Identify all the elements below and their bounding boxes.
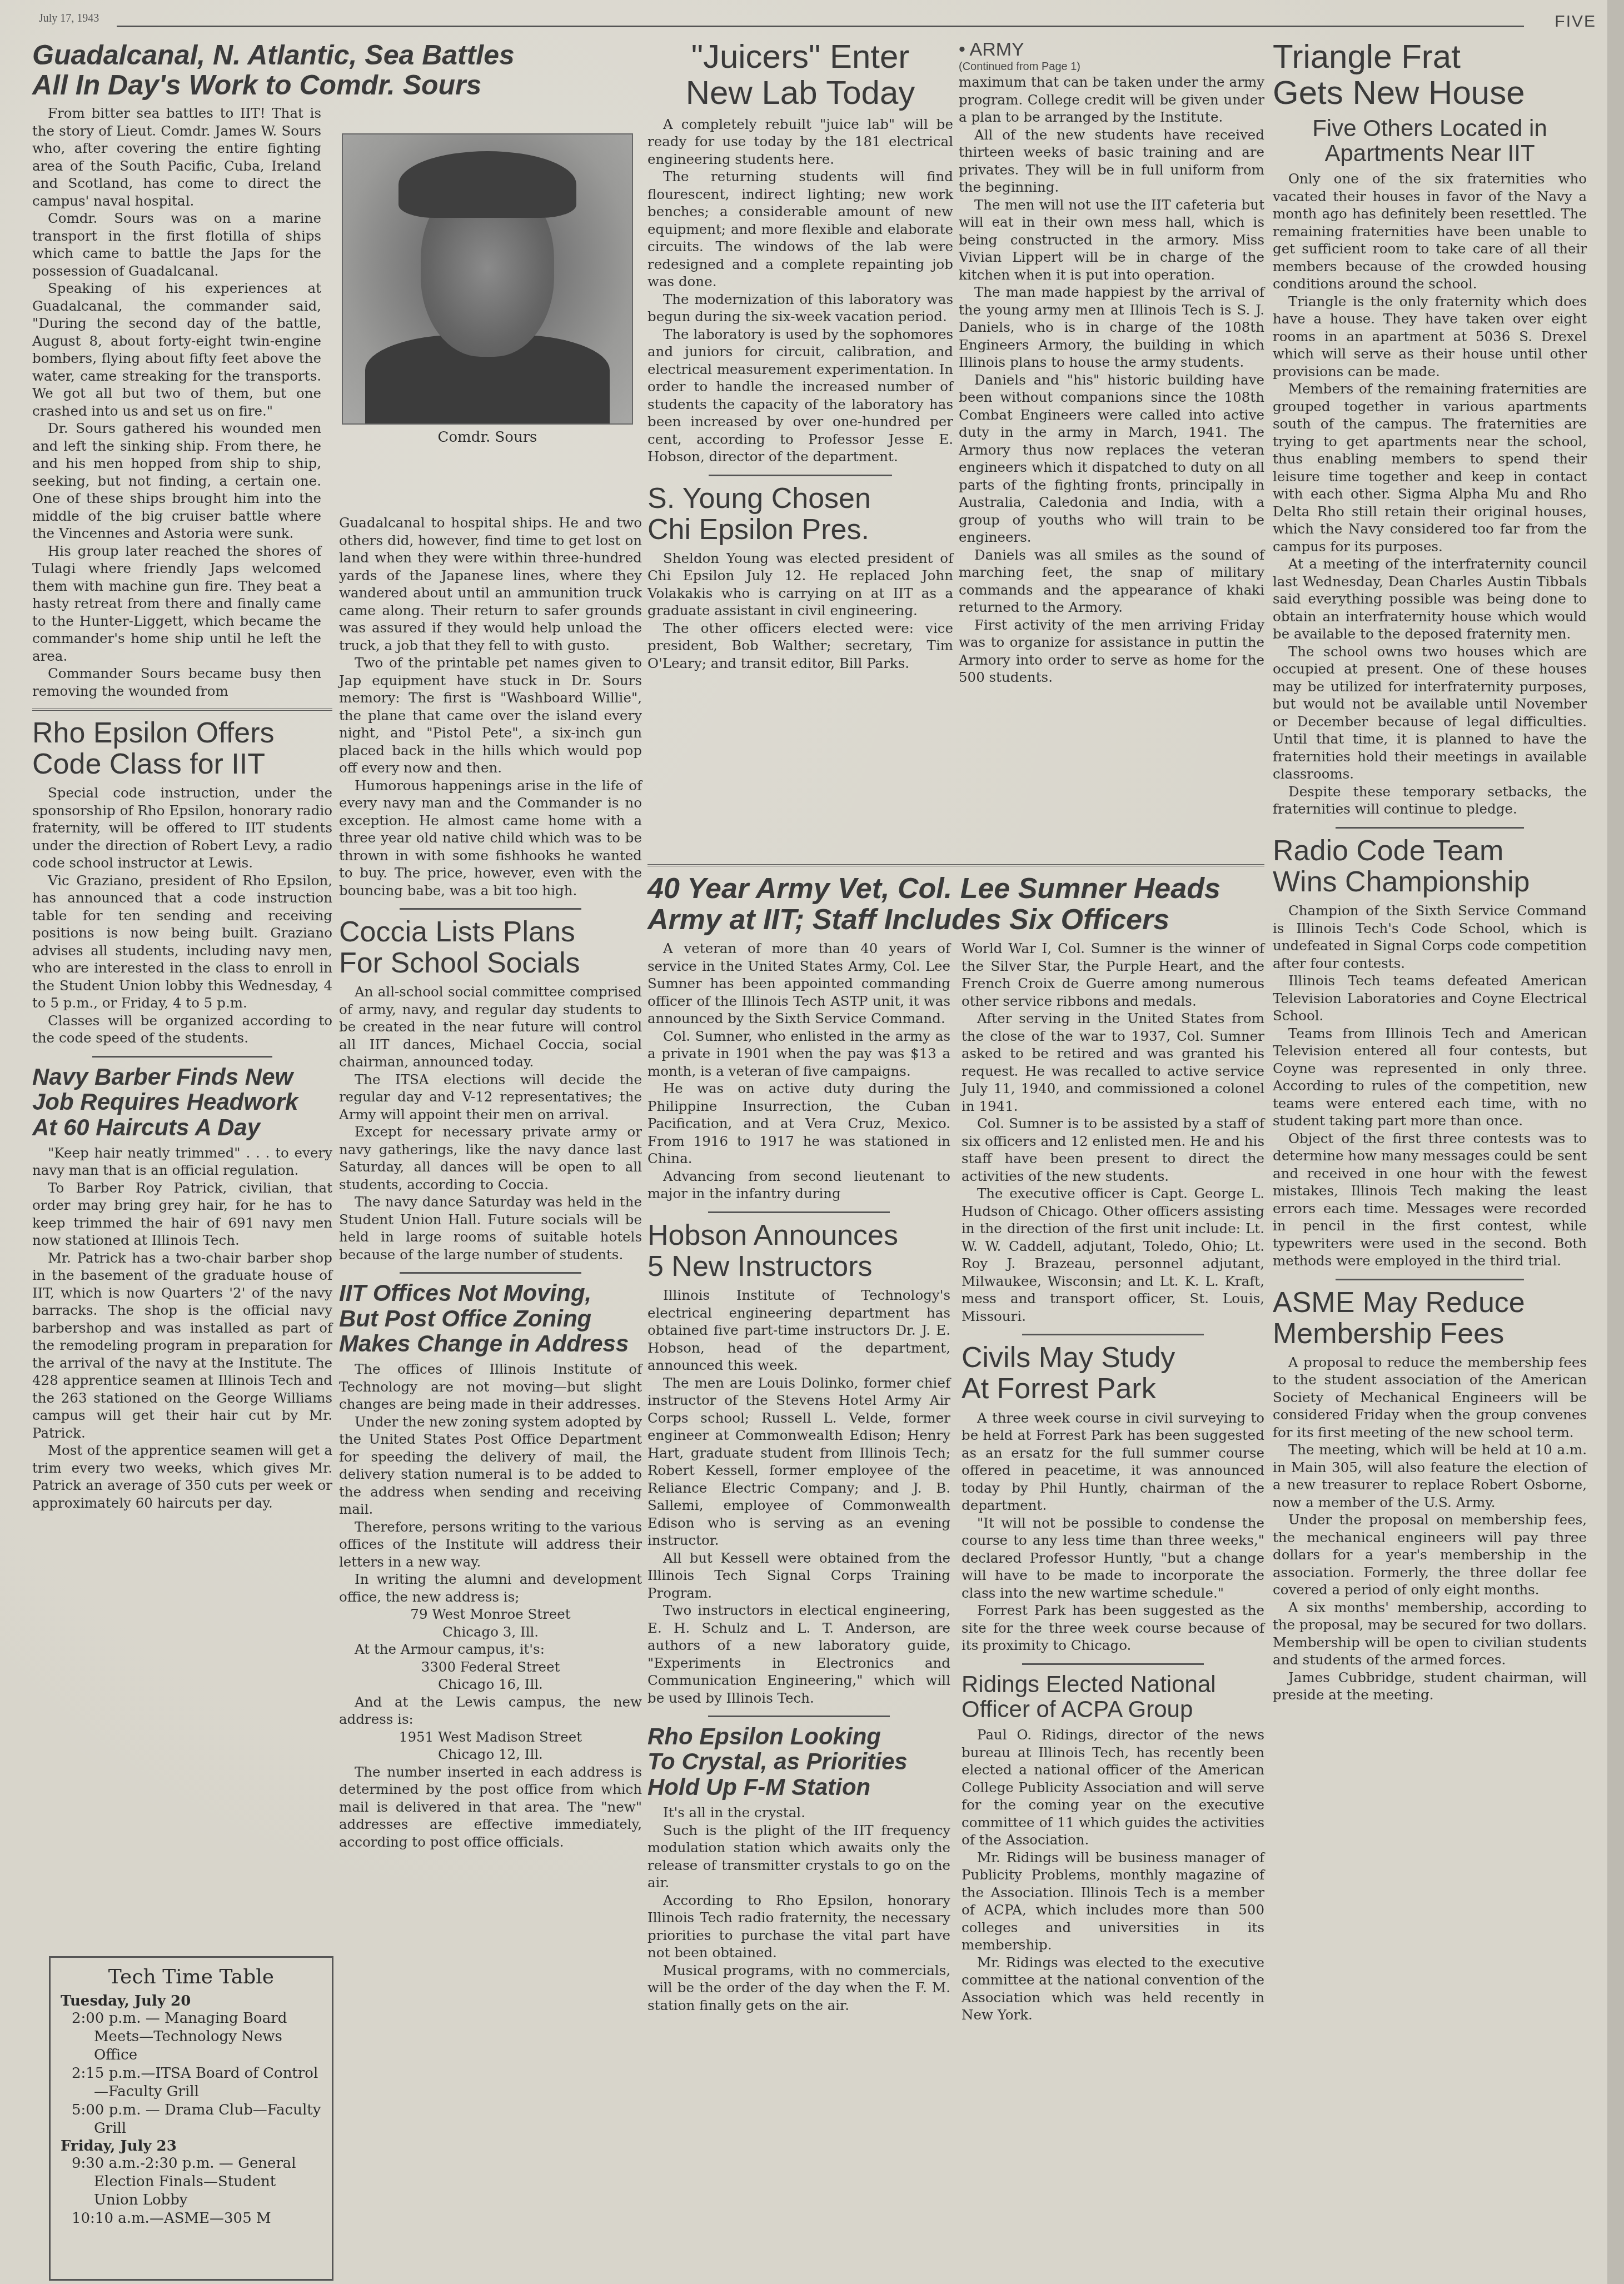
address-line: 1951 West Madison Street xyxy=(339,1728,642,1746)
paragraph: Under the new zoning system adopted by t… xyxy=(339,1413,642,1518)
headline-line: At 60 Haircuts A Day xyxy=(32,1115,332,1140)
paragraph: Teams from Illinois Tech and American Te… xyxy=(1273,1025,1587,1130)
paragraph: The modernization of this laboratory was… xyxy=(647,291,953,326)
timetable-title: Tech Time Table xyxy=(61,1966,322,1988)
paragraph: Musical programs, with no commercials, w… xyxy=(647,1962,950,2014)
headline-line: S. Young Chosen xyxy=(647,483,953,514)
jump-head: • ARMY xyxy=(959,39,1264,61)
paragraph: Only one of the six fraternities who vac… xyxy=(1273,170,1587,293)
paragraph: He was on active duty during the Philipp… xyxy=(647,1080,950,1168)
paragraph: Mr. Patrick has a two-chair barber shop … xyxy=(32,1249,332,1442)
headline-line: At Forrest Park xyxy=(962,1373,1264,1404)
paragraph: Commander Sours became busy then removin… xyxy=(32,665,321,700)
headline: 40 Year Army Vet, Col. Lee Sumner Heads … xyxy=(647,873,1264,935)
divider xyxy=(1022,1663,1204,1665)
headline-line: Navy Barber Finds New xyxy=(32,1064,332,1089)
timetable-event: 2:15 p.m.—ITSA Board of Control—Faculty … xyxy=(61,2064,322,2101)
paragraph: The meeting, which will be held at 10 a.… xyxy=(1273,1441,1587,1511)
paragraph: Object of the first three contests was t… xyxy=(1273,1130,1587,1270)
paragraph: Special code instruction, under the spon… xyxy=(32,784,332,872)
paragraph: A completely rebuilt "juice lab" will be… xyxy=(647,116,953,168)
headline-line: Radio Code Team xyxy=(1273,835,1587,866)
divider xyxy=(32,709,332,711)
paragraph: At a meeting of the interfraternity coun… xyxy=(1273,555,1587,643)
paragraph: Most of the apprentice seamen will get a… xyxy=(32,1442,332,1512)
headline: Coccia Lists Plans For School Socials xyxy=(339,916,642,979)
paragraph: A six months' membership, according to t… xyxy=(1273,1599,1587,1669)
article-barber: Navy Barber Finds New Job Requires Headw… xyxy=(32,1064,332,1512)
folio-rule xyxy=(117,26,1524,27)
paragraph: The other officers elected were: vice pr… xyxy=(647,620,953,672)
headline-line: Army at IIT; Staff Includes Six Officers xyxy=(647,904,1264,935)
headline-line: 40 Year Army Vet, Col. Lee Sumner Heads xyxy=(647,873,1264,904)
paragraph: From bitter sea battles to IIT! That is … xyxy=(32,104,321,210)
headline: Ridings Elected National Officer of ACPA… xyxy=(962,1672,1264,1722)
paragraph: Mr. Ridings will be business manager of … xyxy=(962,1849,1264,1954)
divider xyxy=(708,1716,890,1717)
paragraph: Vic Graziano, president of Rho Epsilon, … xyxy=(32,872,332,1012)
headline-line: Triangle Frat xyxy=(1273,39,1587,75)
article-rho-code: Rho Epsilon Offers Code Class for IIT Sp… xyxy=(32,717,332,1047)
headline-line: "Juicers" Enter xyxy=(647,39,953,75)
headline: Hobson Announces 5 New Instructors xyxy=(647,1220,950,1282)
paragraph: Two of the printable pet names given to … xyxy=(339,654,642,777)
subheadline-line: Apartments Near IIT xyxy=(1273,141,1587,166)
paragraph: To Barber Roy Patrick, civilian, that or… xyxy=(32,1179,332,1249)
headline-line: Rho Epsilon Looking xyxy=(647,1724,950,1749)
address-line: Chicago 12, Ill. xyxy=(339,1746,642,1763)
paragraph: It's all in the crystal. xyxy=(647,1804,950,1822)
paragraph: Paul O. Ridings, director of the news bu… xyxy=(962,1726,1264,1849)
paragraph: Mr. Ridings was elected to the executive… xyxy=(962,1954,1264,2024)
headline: Civils May Study At Forrest Park xyxy=(962,1342,1264,1404)
paragraph: Daniels and "his" historic building have… xyxy=(959,371,1264,546)
paragraph: The offices of Illinois Institute of Tec… xyxy=(339,1360,642,1413)
headline-line: ASME May Reduce xyxy=(1273,1287,1587,1318)
article-sours: Guadalcanal, N. Atlantic, Sea Battles Al… xyxy=(32,40,638,100)
article-young: S. Young Chosen Chi Epsilon Pres. Sheldo… xyxy=(647,483,953,672)
paragraph: The executive officer is Capt. George L.… xyxy=(962,1185,1264,1325)
divider xyxy=(1336,827,1524,829)
article-sours-body: From bitter sea battles to IIT! That is … xyxy=(32,104,321,700)
paragraph: Two instructors in electical engineering… xyxy=(647,1602,950,1707)
divider xyxy=(647,864,1264,866)
paragraph: The returning students will find floures… xyxy=(647,168,953,291)
paragraph: "Keep hair neatly trimmed" . . . to ever… xyxy=(32,1144,332,1179)
paragraph: Daniels was all smiles as the sound of m… xyxy=(959,546,1264,616)
paragraph: Humorous happenings arise in the life of… xyxy=(339,777,642,900)
paragraph: The number inserted in each address is d… xyxy=(339,1763,642,1851)
headline: S. Young Chosen Chi Epsilon Pres. xyxy=(647,483,953,545)
timetable-day: Friday, July 23 xyxy=(61,2138,322,2155)
paragraph: An all-school social committee comprised… xyxy=(339,983,642,1071)
paragraph: First activity of the men arriving Frida… xyxy=(959,616,1264,686)
paragraph: World War I, Col. Sumner is the winner o… xyxy=(962,940,1264,1010)
paragraph: Therefore, persons writing to the variou… xyxy=(339,1518,642,1571)
article-coccia: Coccia Lists Plans For School Socials An… xyxy=(339,916,642,1263)
paragraph: maximum that can be taken under the army… xyxy=(959,73,1264,126)
paragraph: Champion of the Sixth Service Command is… xyxy=(1273,902,1587,972)
headline-line: Civils May Study xyxy=(962,1342,1264,1373)
paragraph: The ITSA elections will decide the regul… xyxy=(339,1071,642,1124)
headline: IIT Offices Not Moving, But Post Office … xyxy=(339,1280,642,1356)
paragraph: Advancing from second lieutenant to majo… xyxy=(647,1168,950,1203)
headline-line: Code Class for IIT xyxy=(32,749,332,780)
headline-line: New Lab Today xyxy=(647,75,953,111)
column-3: "Juicers" Enter New Lab Today A complete… xyxy=(647,39,953,672)
headline-line: To Crystal, as Priorities xyxy=(647,1749,950,1774)
headline: Navy Barber Finds New Job Requires Headw… xyxy=(32,1064,332,1140)
paragraph: "It will not be possible to condense the… xyxy=(962,1514,1264,1602)
headline-line: 5 New Instructors xyxy=(647,1251,950,1282)
headline: Radio Code Team Wins Championship xyxy=(1273,835,1587,897)
paragraph: All of the new students have received th… xyxy=(959,126,1264,196)
portrait-photo: Comdr. Sours xyxy=(342,133,633,425)
paragraph: Except for necessary private army or nav… xyxy=(339,1123,642,1193)
page-edge xyxy=(1607,0,1624,2284)
paragraph: James Cubbridge, student chairman, will … xyxy=(1273,1669,1587,1704)
headline-line: Job Requires Headwork xyxy=(32,1089,332,1114)
article-army-continued: • ARMY (Continued from Page 1) maximum t… xyxy=(959,39,1264,686)
paragraph: At the Armour campus, it's: xyxy=(339,1640,642,1658)
paragraph: Members of the remaining fraternities ar… xyxy=(1273,380,1587,555)
paragraph: Forrest Park has been suggested as the s… xyxy=(962,1602,1264,1654)
paragraph: Sheldon Young was elected president of C… xyxy=(647,550,953,620)
paragraph: The man made happiest by the arrival of … xyxy=(959,283,1264,371)
headline-line: For School Socials xyxy=(339,947,642,979)
headline: "Juicers" Enter New Lab Today xyxy=(647,39,953,111)
subheadline-line: Five Others Located in xyxy=(1273,116,1587,141)
paragraph: Classes will be organized according to t… xyxy=(32,1012,332,1047)
paragraph: And at the Lewis campus, the new address… xyxy=(339,1693,642,1728)
paragraph: The school owns two houses which are occ… xyxy=(1273,643,1587,783)
timetable-day: Tuesday, July 20 xyxy=(61,1993,322,2009)
divider xyxy=(1022,1334,1204,1335)
article-ridings: Ridings Elected National Officer of ACPA… xyxy=(962,1672,1264,2024)
divider xyxy=(92,1056,272,1058)
jump-continued-label: (Continued from Page 1) xyxy=(959,61,1264,73)
headline-line: Guadalcanal, N. Atlantic, Sea Battles xyxy=(32,40,638,70)
headline-line: Gets New House xyxy=(1273,75,1587,111)
paragraph: The laboratory is used by the sophomores… xyxy=(647,326,953,466)
divider xyxy=(400,908,581,910)
paragraph: After serving in the United States from … xyxy=(962,1010,1264,1115)
paragraph: A three week course in civil surveying t… xyxy=(962,1409,1264,1514)
headline: Guadalcanal, N. Atlantic, Sea Battles Al… xyxy=(32,40,638,100)
paragraph: All but Kessell were obtained from the I… xyxy=(647,1549,950,1602)
divider xyxy=(1336,1279,1524,1280)
headline-line: Officer of ACPA Group xyxy=(962,1697,1264,1722)
headline-line: Hobson Announces xyxy=(647,1220,950,1251)
timetable-event: 2:00 p.m. — Managing Board Meets—Technol… xyxy=(61,2009,322,2064)
paragraph: Despite these temporary setbacks, the fr… xyxy=(1273,783,1587,818)
subheadline: Five Others Located in Apartments Near I… xyxy=(1273,116,1587,166)
paragraph: In writing the alumni and development of… xyxy=(339,1570,642,1605)
folio-bar: July 17, 1943 FIVE xyxy=(33,12,1602,34)
headline: Rho Epsilon Offers Code Class for IIT xyxy=(32,717,332,780)
paragraph: The men will not use the IIT cafeteria b… xyxy=(959,196,1264,284)
paragraph: Col. Sumner is to be assisted by a staff… xyxy=(962,1115,1264,1185)
article-triangle: Triangle Frat Gets New House Five Others… xyxy=(1273,39,1587,818)
article-hobson: Hobson Announces 5 New Instructors Illin… xyxy=(647,1220,950,1707)
tech-time-table: Tech Time Table Tuesday, July 20 2:00 p.… xyxy=(49,1956,333,2281)
column-2: Guadalcanal to hospital ships. He and tw… xyxy=(339,514,642,1851)
page-number: FIVE xyxy=(1555,12,1596,31)
paragraph: According to Rho Epsilon, honorary Illin… xyxy=(647,1892,950,1962)
headline-line: Makes Change in Address xyxy=(339,1331,642,1356)
issue-date: July 17, 1943 xyxy=(39,12,99,25)
paragraph: Illinois Institute of Technology's elect… xyxy=(647,1286,950,1374)
divider xyxy=(400,1272,581,1274)
paragraph: Triangle is the only fraternity which do… xyxy=(1273,293,1587,381)
paragraph: Dr. Sours gathered his wounded men and l… xyxy=(32,420,321,542)
headline-line: Membership Fees xyxy=(1273,1318,1587,1349)
headline-line: But Post Office Zoning xyxy=(339,1306,642,1331)
paragraph: The men are Louis Dolinko, former chief … xyxy=(647,1374,950,1549)
divider xyxy=(709,475,892,476)
article-juicers: "Juicers" Enter New Lab Today A complete… xyxy=(647,39,953,466)
timetable-event: 5:00 p.m. — Drama Club—Faculty Grill xyxy=(61,2101,322,2138)
paragraph: A proposal to reduce the membership fees… xyxy=(1273,1354,1587,1442)
paragraph: Under the proposal on membership fees, t… xyxy=(1273,1511,1587,1599)
paragraph: Such is the plight of the IIT frequency … xyxy=(647,1822,950,1892)
timetable-event: 10:10 a.m.—ASME—305 M xyxy=(61,2210,322,2228)
article-sumner: 40 Year Army Vet, Col. Lee Sumner Heads … xyxy=(647,864,1264,2024)
headline-line: Wins Championship xyxy=(1273,866,1587,897)
article-offices: IIT Offices Not Moving, But Post Office … xyxy=(339,1280,642,1851)
paragraph: The navy dance Saturday was held in the … xyxy=(339,1193,642,1263)
article-radio: Radio Code Team Wins Championship Champi… xyxy=(1273,835,1587,1270)
paragraph: Speaking of his experiences at Guadalcan… xyxy=(32,280,321,420)
address-line: 79 West Monroe Street xyxy=(339,1605,642,1623)
photo-cap xyxy=(398,151,576,218)
paragraph: Comdr. Sours was on a marine transport i… xyxy=(32,210,321,280)
article-asme: ASME May Reduce Membership Fees A propos… xyxy=(1273,1287,1587,1704)
column-1: Guadalcanal, N. Atlantic, Sea Battles Al… xyxy=(32,39,332,1512)
paragraph: Col. Sumner, who enlisted in the army as… xyxy=(647,1028,950,1080)
headline-line: IIT Offices Not Moving, xyxy=(339,1280,642,1305)
divider xyxy=(708,1211,890,1213)
column-4: • ARMY (Continued from Page 1) maximum t… xyxy=(959,39,1264,686)
headline-line: Coccia Lists Plans xyxy=(339,916,642,947)
headline-line: Hold Up F-M Station xyxy=(647,1774,950,1799)
photo-caption: Comdr. Sours xyxy=(343,429,632,446)
address-line: 3300 Federal Street xyxy=(339,1658,642,1676)
paragraph: His group later reached the shores of Tu… xyxy=(32,542,321,665)
address-line: Chicago 3, Ill. xyxy=(339,1623,642,1641)
paragraph: A veteran of more than 40 years of servi… xyxy=(647,940,950,1028)
address-line: Chicago 16, Ill. xyxy=(339,1675,642,1693)
paragraph: Illinois Tech teams defeated American Te… xyxy=(1273,972,1587,1025)
headline: Triangle Frat Gets New House xyxy=(1273,39,1587,111)
article-civils: Civils May Study At Forrest Park A three… xyxy=(962,1342,1264,1654)
headline: Rho Epsilon Looking To Crystal, as Prior… xyxy=(647,1724,950,1799)
headline-line: Chi Epsilon Pres. xyxy=(647,514,953,545)
column-5: Triangle Frat Gets New House Five Others… xyxy=(1273,39,1587,1704)
paragraph: Guadalcanal to hospital ships. He and tw… xyxy=(339,514,642,654)
newspaper-page: July 17, 1943 FIVE Guadalcanal, N. Atlan… xyxy=(0,0,1624,2284)
timetable-event: 9:30 a.m.-2:30 p.m. — General Election F… xyxy=(61,2155,322,2210)
article-crystal: Rho Epsilon Looking To Crystal, as Prior… xyxy=(647,1724,950,2014)
headline-line: Rho Epsilon Offers xyxy=(32,717,332,749)
headline: ASME May Reduce Membership Fees xyxy=(1273,1287,1587,1349)
headline-line: All In Day's Work to Comdr. Sours xyxy=(32,70,638,100)
headline-line: Ridings Elected National xyxy=(962,1672,1264,1697)
